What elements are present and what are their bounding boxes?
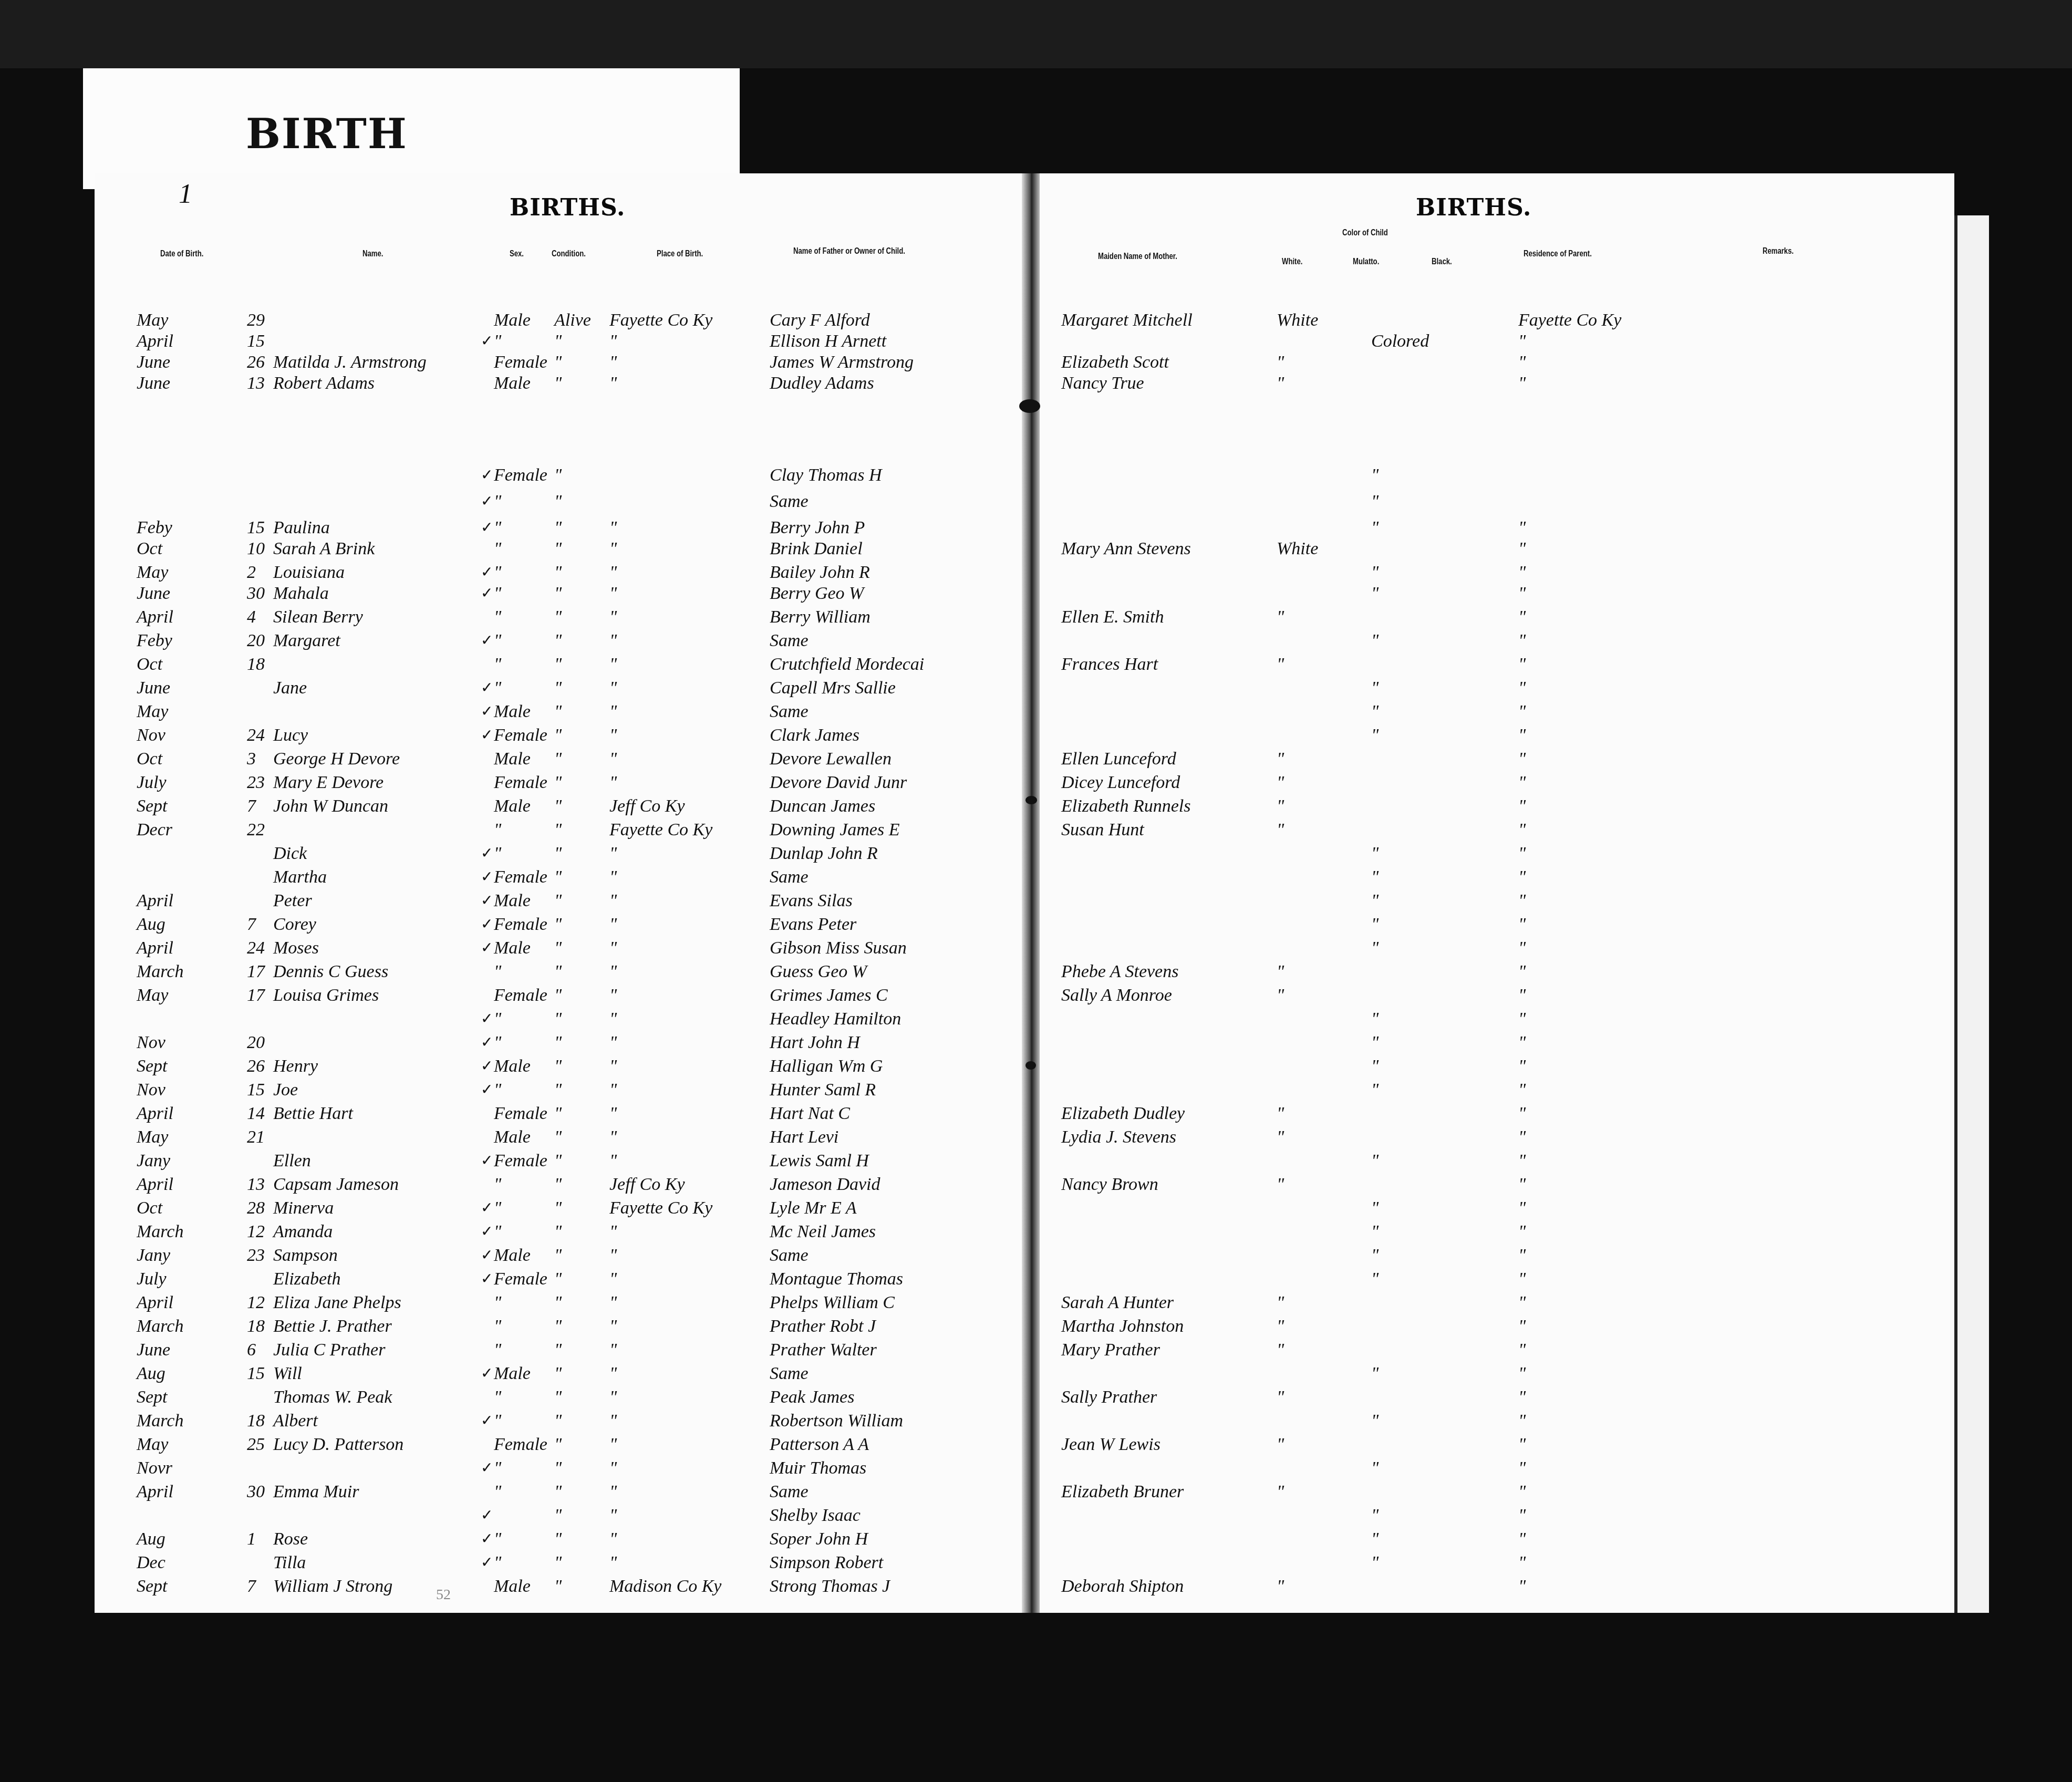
color-white: " <box>1277 651 1284 678</box>
check-mark: ✓ <box>481 1526 493 1552</box>
condition: " <box>554 1195 562 1221</box>
table-row: "" <box>1035 888 1954 914</box>
father-name: Simpson Robert <box>770 1550 883 1576</box>
father-name: Mc Neil James <box>770 1219 876 1245</box>
table-row: "" <box>1035 1219 1954 1245</box>
scan-background <box>0 0 2072 68</box>
place-of-birth: " <box>609 1053 617 1080</box>
mother-maiden-name: Mary Ann Stevens <box>1061 536 1191 562</box>
color-mulatto: " <box>1371 841 1379 867</box>
table-row: Jany23Sampson✓Male""Same <box>95 1242 1024 1269</box>
color-white: " <box>1277 1101 1284 1127</box>
tab-label: BIRTH <box>246 110 408 158</box>
sex: Male <box>494 370 531 397</box>
check-mark: ✓ <box>481 1408 493 1434</box>
place-of-birth: " <box>609 1030 617 1056</box>
child-name: Emma Muir <box>273 1479 359 1505</box>
condition: " <box>554 793 562 820</box>
father-name: Evans Peter <box>770 911 856 938</box>
color-mulatto: " <box>1371 1030 1379 1056</box>
mother-maiden-name: Nancy True <box>1061 370 1144 397</box>
birth-month: May <box>137 1432 168 1458</box>
condition: " <box>554 864 562 890</box>
table-row: Oct10Sarah A Brink"""Brink Daniel <box>95 536 1024 562</box>
color-mulatto: " <box>1371 699 1379 725</box>
birth-month: Oct <box>137 651 162 678</box>
child-name: Bettie Hart <box>273 1101 353 1127</box>
residence: " <box>1518 1408 1526 1434</box>
table-row: March12Amanda✓"""Mc Neil James <box>95 1219 1024 1245</box>
sex: Female <box>494 1432 547 1458</box>
residence: " <box>1518 1053 1526 1080</box>
sex: " <box>494 651 501 678</box>
table-row: "" <box>1035 1006 1954 1032</box>
mother-maiden-name: Ellen E. Smith <box>1061 604 1164 630</box>
condition: " <box>554 1266 562 1292</box>
check-mark: ✓ <box>481 675 493 701</box>
birth-day: 13 <box>247 1172 265 1198</box>
birth-day: 7 <box>247 793 256 820</box>
condition: " <box>554 817 562 843</box>
table-row: ✓""Same <box>95 489 1024 515</box>
table-row: "" <box>1035 911 1954 938</box>
birth-day: 18 <box>247 1313 265 1340</box>
check-mark: ✓ <box>481 1550 493 1576</box>
child-name: Henry <box>273 1053 318 1080</box>
sex: Female <box>494 982 547 1009</box>
table-row: " <box>1035 489 1954 515</box>
sex: " <box>494 628 501 654</box>
color-mulatto: " <box>1371 462 1379 489</box>
place-of-birth: " <box>609 1124 617 1151</box>
place-of-birth: Madison Co Ky <box>609 1573 721 1600</box>
residence: " <box>1518 370 1526 397</box>
table-row: Nov24Lucy✓Female""Clark James <box>95 722 1024 749</box>
table-row: Sally Prather"" <box>1035 1384 1954 1411</box>
birth-day: 22 <box>247 817 265 843</box>
place-of-birth: " <box>609 722 617 749</box>
mother-maiden-name: Ellen Lunceford <box>1061 746 1176 772</box>
birth-day: 6 <box>247 1337 256 1363</box>
color-white: White <box>1277 536 1318 562</box>
birth-day: 14 <box>247 1101 265 1127</box>
father-name: Same <box>770 1242 809 1269</box>
color-mulatto: " <box>1371 935 1379 961</box>
father-name: Capell Mrs Sallie <box>770 675 896 701</box>
condition: " <box>554 959 562 985</box>
table-row: Sept7William J StrongMale"Madison Co KyS… <box>95 1573 1024 1600</box>
residence: " <box>1518 536 1526 562</box>
color-white: " <box>1277 746 1284 772</box>
father-name: Hart John H <box>770 1030 860 1056</box>
table-row: Ellen E. Smith"" <box>1035 604 1954 630</box>
table-row: "" <box>1035 581 1954 607</box>
color-white: " <box>1277 982 1284 1009</box>
birth-day: 4 <box>247 604 256 630</box>
birth-day: 17 <box>247 982 265 1009</box>
check-mark: ✓ <box>481 1219 493 1245</box>
binding-mark <box>1019 399 1040 413</box>
father-name: Strong Thomas J <box>770 1573 890 1600</box>
color-mulatto: " <box>1371 722 1379 749</box>
birth-month: June <box>137 1337 170 1363</box>
condition: " <box>554 1432 562 1458</box>
condition: " <box>554 1124 562 1151</box>
table-row: "" <box>1035 841 1954 867</box>
birth-day: 18 <box>247 1408 265 1434</box>
table-row: Frances Hart"" <box>1035 651 1954 678</box>
birth-month: Jany <box>137 1148 170 1174</box>
sex: " <box>494 1030 501 1056</box>
sex: " <box>494 1313 501 1340</box>
place-of-birth: " <box>609 1361 617 1387</box>
birth-day: 30 <box>247 581 265 607</box>
birth-day: 10 <box>247 536 265 562</box>
place-of-birth: " <box>609 1337 617 1363</box>
birth-month: Novr <box>137 1455 172 1481</box>
check-mark: ✓ <box>481 722 493 749</box>
birth-day: 20 <box>247 1030 265 1056</box>
birth-month: Nov <box>137 1077 165 1103</box>
place-of-birth: " <box>609 1101 617 1127</box>
table-row: June6Julia C Prather"""Prather Walter <box>95 1337 1024 1363</box>
place-of-birth: " <box>609 628 617 654</box>
sex: Female <box>494 722 547 749</box>
child-name: Peter <box>273 888 312 914</box>
color-white: " <box>1277 1337 1284 1363</box>
child-name: Sampson <box>273 1242 338 1269</box>
color-white: " <box>1277 770 1284 796</box>
table-row: "" <box>1035 628 1954 654</box>
table-row: SeptThomas W. Peak"""Peak James <box>95 1384 1024 1411</box>
table-row: Susan Hunt"" <box>1035 817 1954 843</box>
table-row: Elizabeth Runnels"" <box>1035 793 1954 820</box>
table-row: "" <box>1035 935 1954 961</box>
birth-month: July <box>137 1266 167 1292</box>
child-name: Margaret <box>273 628 340 654</box>
color-mulatto: " <box>1371 1408 1379 1434</box>
residence: " <box>1518 982 1526 1009</box>
father-name: Dunlap John R <box>770 841 878 867</box>
check-mark: ✓ <box>481 864 493 890</box>
table-row: Ellen Lunceford"" <box>1035 746 1954 772</box>
child-name: Amanda <box>273 1219 333 1245</box>
child-name: Dick <box>273 841 307 867</box>
place-of-birth: " <box>609 982 617 1009</box>
place-of-birth: " <box>609 1550 617 1576</box>
birth-month: March <box>137 1408 183 1434</box>
color-mulatto: " <box>1371 1053 1379 1080</box>
condition: " <box>554 1573 562 1600</box>
table-row: April30Emma Muir"""Same <box>95 1479 1024 1505</box>
sex: " <box>494 1290 501 1316</box>
table-row: Martha✓Female""Same <box>95 864 1024 890</box>
table-row: Aug15Will✓Male""Same <box>95 1361 1024 1387</box>
mother-maiden-name: Sally Prather <box>1061 1384 1157 1411</box>
sex: Female <box>494 1101 547 1127</box>
child-name: Eliza Jane Phelps <box>273 1290 401 1316</box>
color-mulatto: " <box>1371 1148 1379 1174</box>
birth-day: 28 <box>247 1195 265 1221</box>
table-row: Dicey Lunceford"" <box>1035 770 1954 796</box>
sex: " <box>494 1526 501 1552</box>
table-row: "" <box>1035 864 1954 890</box>
birth-month: Aug <box>137 1526 165 1552</box>
color-white: " <box>1277 1172 1284 1198</box>
father-name: Jameson David <box>770 1172 880 1198</box>
condition: " <box>554 1550 562 1576</box>
table-row: July23Mary E DevoreFemale""Devore David … <box>95 770 1024 796</box>
birth-month: April <box>137 1290 173 1316</box>
condition: " <box>554 770 562 796</box>
residence: " <box>1518 604 1526 630</box>
sex: " <box>494 1384 501 1411</box>
child-name: Capsam Jameson <box>273 1172 399 1198</box>
father-name: Same <box>770 628 809 654</box>
child-name: Corey <box>273 911 316 938</box>
condition: " <box>554 911 562 938</box>
place-of-birth: " <box>609 841 617 867</box>
color-mulatto: " <box>1371 581 1379 607</box>
residence: " <box>1518 841 1526 867</box>
index-tab: BIRTH <box>83 68 740 189</box>
father-name: Devore David Junr <box>770 770 907 796</box>
birth-month: Aug <box>137 911 165 938</box>
father-name: Berry William <box>770 604 871 630</box>
place-of-birth: " <box>609 581 617 607</box>
child-name: Lucy <box>273 722 308 749</box>
father-name: Brink Daniel <box>770 536 863 562</box>
sex: Female <box>494 1266 547 1292</box>
table-row: May✓Male""Same <box>95 699 1024 725</box>
condition: " <box>554 1030 562 1056</box>
color-mulatto: " <box>1371 1455 1379 1481</box>
residence: " <box>1518 1550 1526 1576</box>
child-name: Dennis C Guess <box>273 959 388 985</box>
table-row: ✓Female"Clay Thomas H <box>95 462 1024 489</box>
check-mark: ✓ <box>481 1242 493 1269</box>
table-row: DecTilla✓"""Simpson Robert <box>95 1550 1024 1576</box>
table-row: Dick✓"""Dunlap John R <box>95 841 1024 867</box>
table-row: Phebe A Stevens"" <box>1035 959 1954 985</box>
table-row: Martha Johnston"" <box>1035 1313 1954 1340</box>
residence: " <box>1518 1148 1526 1174</box>
check-mark: ✓ <box>481 1030 493 1056</box>
color-white: " <box>1277 1384 1284 1411</box>
birth-day: 24 <box>247 935 265 961</box>
color-white: " <box>1277 1573 1284 1600</box>
residence: " <box>1518 1503 1526 1529</box>
birth-month: May <box>137 982 168 1009</box>
father-name: Muir Thomas <box>770 1455 866 1481</box>
table-row: April24Moses✓Male""Gibson Miss Susan <box>95 935 1024 961</box>
birth-month: March <box>137 959 183 985</box>
place-of-birth: " <box>609 1077 617 1103</box>
birth-month: Oct <box>137 536 162 562</box>
sex: " <box>494 1337 501 1363</box>
condition: " <box>554 1290 562 1316</box>
child-name: Louisa Grimes <box>273 982 379 1009</box>
residence: " <box>1518 699 1526 725</box>
residence: " <box>1518 628 1526 654</box>
place-of-birth: " <box>609 1266 617 1292</box>
residence: " <box>1518 1266 1526 1292</box>
table-row: Mary Ann StevensWhite" <box>1035 536 1954 562</box>
sex: Male <box>494 699 531 725</box>
birth-day: 23 <box>247 770 265 796</box>
condition: " <box>554 746 562 772</box>
child-name: Robert Adams <box>273 370 375 397</box>
table-row: Decr22""Fayette Co KyDowning James E <box>95 817 1024 843</box>
check-mark: ✓ <box>481 1053 493 1080</box>
birth-day: 30 <box>247 1479 265 1505</box>
condition: " <box>554 841 562 867</box>
father-name: Duncan James <box>770 793 875 820</box>
table-row: "" <box>1035 699 1954 725</box>
birth-day: 15 <box>247 1077 265 1103</box>
father-name: Downing James E <box>770 817 899 843</box>
color-white: " <box>1277 959 1284 985</box>
place-of-birth: " <box>609 536 617 562</box>
father-name: Hart Levi <box>770 1124 838 1151</box>
child-name: Sarah A Brink <box>273 536 375 562</box>
residence: " <box>1518 935 1526 961</box>
place-of-birth: " <box>609 1242 617 1269</box>
table-row: April14Bettie HartFemale""Hart Nat C <box>95 1101 1024 1127</box>
place-of-birth: " <box>609 1479 617 1505</box>
color-white: " <box>1277 1432 1284 1458</box>
table-row: "" <box>1035 1242 1954 1269</box>
birth-month: May <box>137 1124 168 1151</box>
condition: " <box>554 1053 562 1080</box>
birth-month: April <box>137 604 173 630</box>
table-row: Oct18"""Crutchfield Mordecai <box>95 651 1024 678</box>
birth-month: Oct <box>137 746 162 772</box>
table-row: "" <box>1035 675 1954 701</box>
color-white: " <box>1277 370 1284 397</box>
condition: " <box>554 1006 562 1032</box>
birth-month: April <box>137 1172 173 1198</box>
mother-maiden-name: Frances Hart <box>1061 651 1158 678</box>
place-of-birth: " <box>609 888 617 914</box>
color-mulatto: " <box>1371 628 1379 654</box>
table-row: "" <box>1035 722 1954 749</box>
residence: " <box>1518 1573 1526 1600</box>
sex: Female <box>494 864 547 890</box>
check-mark: ✓ <box>481 1148 493 1174</box>
condition: " <box>554 1077 562 1103</box>
check-mark: ✓ <box>481 1455 493 1481</box>
condition: " <box>554 1455 562 1481</box>
table-row: Nov20✓"""Hart John H <box>95 1030 1024 1056</box>
table-row: "" <box>1035 1455 1954 1481</box>
place-of-birth: " <box>609 1219 617 1245</box>
mother-maiden-name: Jean W Lewis <box>1061 1432 1161 1458</box>
birth-month: Sept <box>137 1573 168 1600</box>
birth-day: 12 <box>247 1219 265 1245</box>
sex: Male <box>494 1573 531 1600</box>
place-of-birth: " <box>609 911 617 938</box>
color-mulatto: " <box>1371 1077 1379 1103</box>
sex: " <box>494 817 501 843</box>
father-name: Clay Thomas H <box>770 462 882 489</box>
sex: Male <box>494 793 531 820</box>
father-name: Robertson William <box>770 1408 903 1434</box>
sex: " <box>494 1006 501 1032</box>
birth-day: 26 <box>247 1053 265 1080</box>
table-row: "" <box>1035 1503 1954 1529</box>
residence: " <box>1518 1290 1526 1316</box>
birth-month: May <box>137 699 168 725</box>
father-name: Same <box>770 1479 809 1505</box>
place-of-birth: " <box>609 1408 617 1434</box>
table-row: "" <box>1035 1148 1954 1174</box>
condition: " <box>554 1148 562 1174</box>
condition: " <box>554 1101 562 1127</box>
father-name: Peak James <box>770 1384 854 1411</box>
birth-month: June <box>137 370 170 397</box>
condition: " <box>554 699 562 725</box>
father-name: Halligan Wm G <box>770 1053 883 1080</box>
mother-maiden-name: Sarah A Hunter <box>1061 1290 1174 1316</box>
father-name: Same <box>770 489 809 515</box>
condition: " <box>554 581 562 607</box>
child-name: Thomas W. Peak <box>273 1384 392 1411</box>
residence: " <box>1518 1030 1526 1056</box>
color-mulatto: " <box>1371 1242 1379 1269</box>
condition: " <box>554 1219 562 1245</box>
birth-month: Nov <box>137 722 165 749</box>
table-row: "" <box>1035 1526 1954 1552</box>
birth-day: 24 <box>247 722 265 749</box>
father-name: Gibson Miss Susan <box>770 935 907 961</box>
residence: " <box>1518 651 1526 678</box>
color-mulatto: " <box>1371 1503 1379 1529</box>
child-name: Albert <box>273 1408 318 1434</box>
table-row: April13Capsam Jameson""Jeff Co KyJameson… <box>95 1172 1024 1198</box>
birth-month: July <box>137 770 167 796</box>
mother-maiden-name: Phebe A Stevens <box>1061 959 1178 985</box>
table-row: Feby20Margaret✓"""Same <box>95 628 1024 654</box>
residence: " <box>1518 1313 1526 1340</box>
residence: " <box>1518 746 1526 772</box>
condition: " <box>554 722 562 749</box>
residence: " <box>1518 581 1526 607</box>
color-mulatto: " <box>1371 1266 1379 1292</box>
birth-day: 25 <box>247 1432 265 1458</box>
condition: " <box>554 1337 562 1363</box>
father-name: Prather Robt J <box>770 1313 876 1340</box>
residence: " <box>1518 1384 1526 1411</box>
table-row: " <box>1035 462 1954 489</box>
residence: " <box>1518 1361 1526 1387</box>
birth-month: April <box>137 1101 173 1127</box>
sex: Male <box>494 935 531 961</box>
check-mark: ✓ <box>481 911 493 938</box>
color-white: " <box>1277 817 1284 843</box>
birth-day: 17 <box>247 959 265 985</box>
sex: Male <box>494 888 531 914</box>
father-name: Evans Silas <box>770 888 853 914</box>
child-name: Silean Berry <box>273 604 363 630</box>
place-of-birth: " <box>609 1384 617 1411</box>
condition: " <box>554 489 562 515</box>
color-white: " <box>1277 1290 1284 1316</box>
color-mulatto: " <box>1371 1526 1379 1552</box>
condition: " <box>554 536 562 562</box>
sex: " <box>494 841 501 867</box>
table-row: June13Robert AdamsMale""Dudley Adams <box>95 370 1024 397</box>
